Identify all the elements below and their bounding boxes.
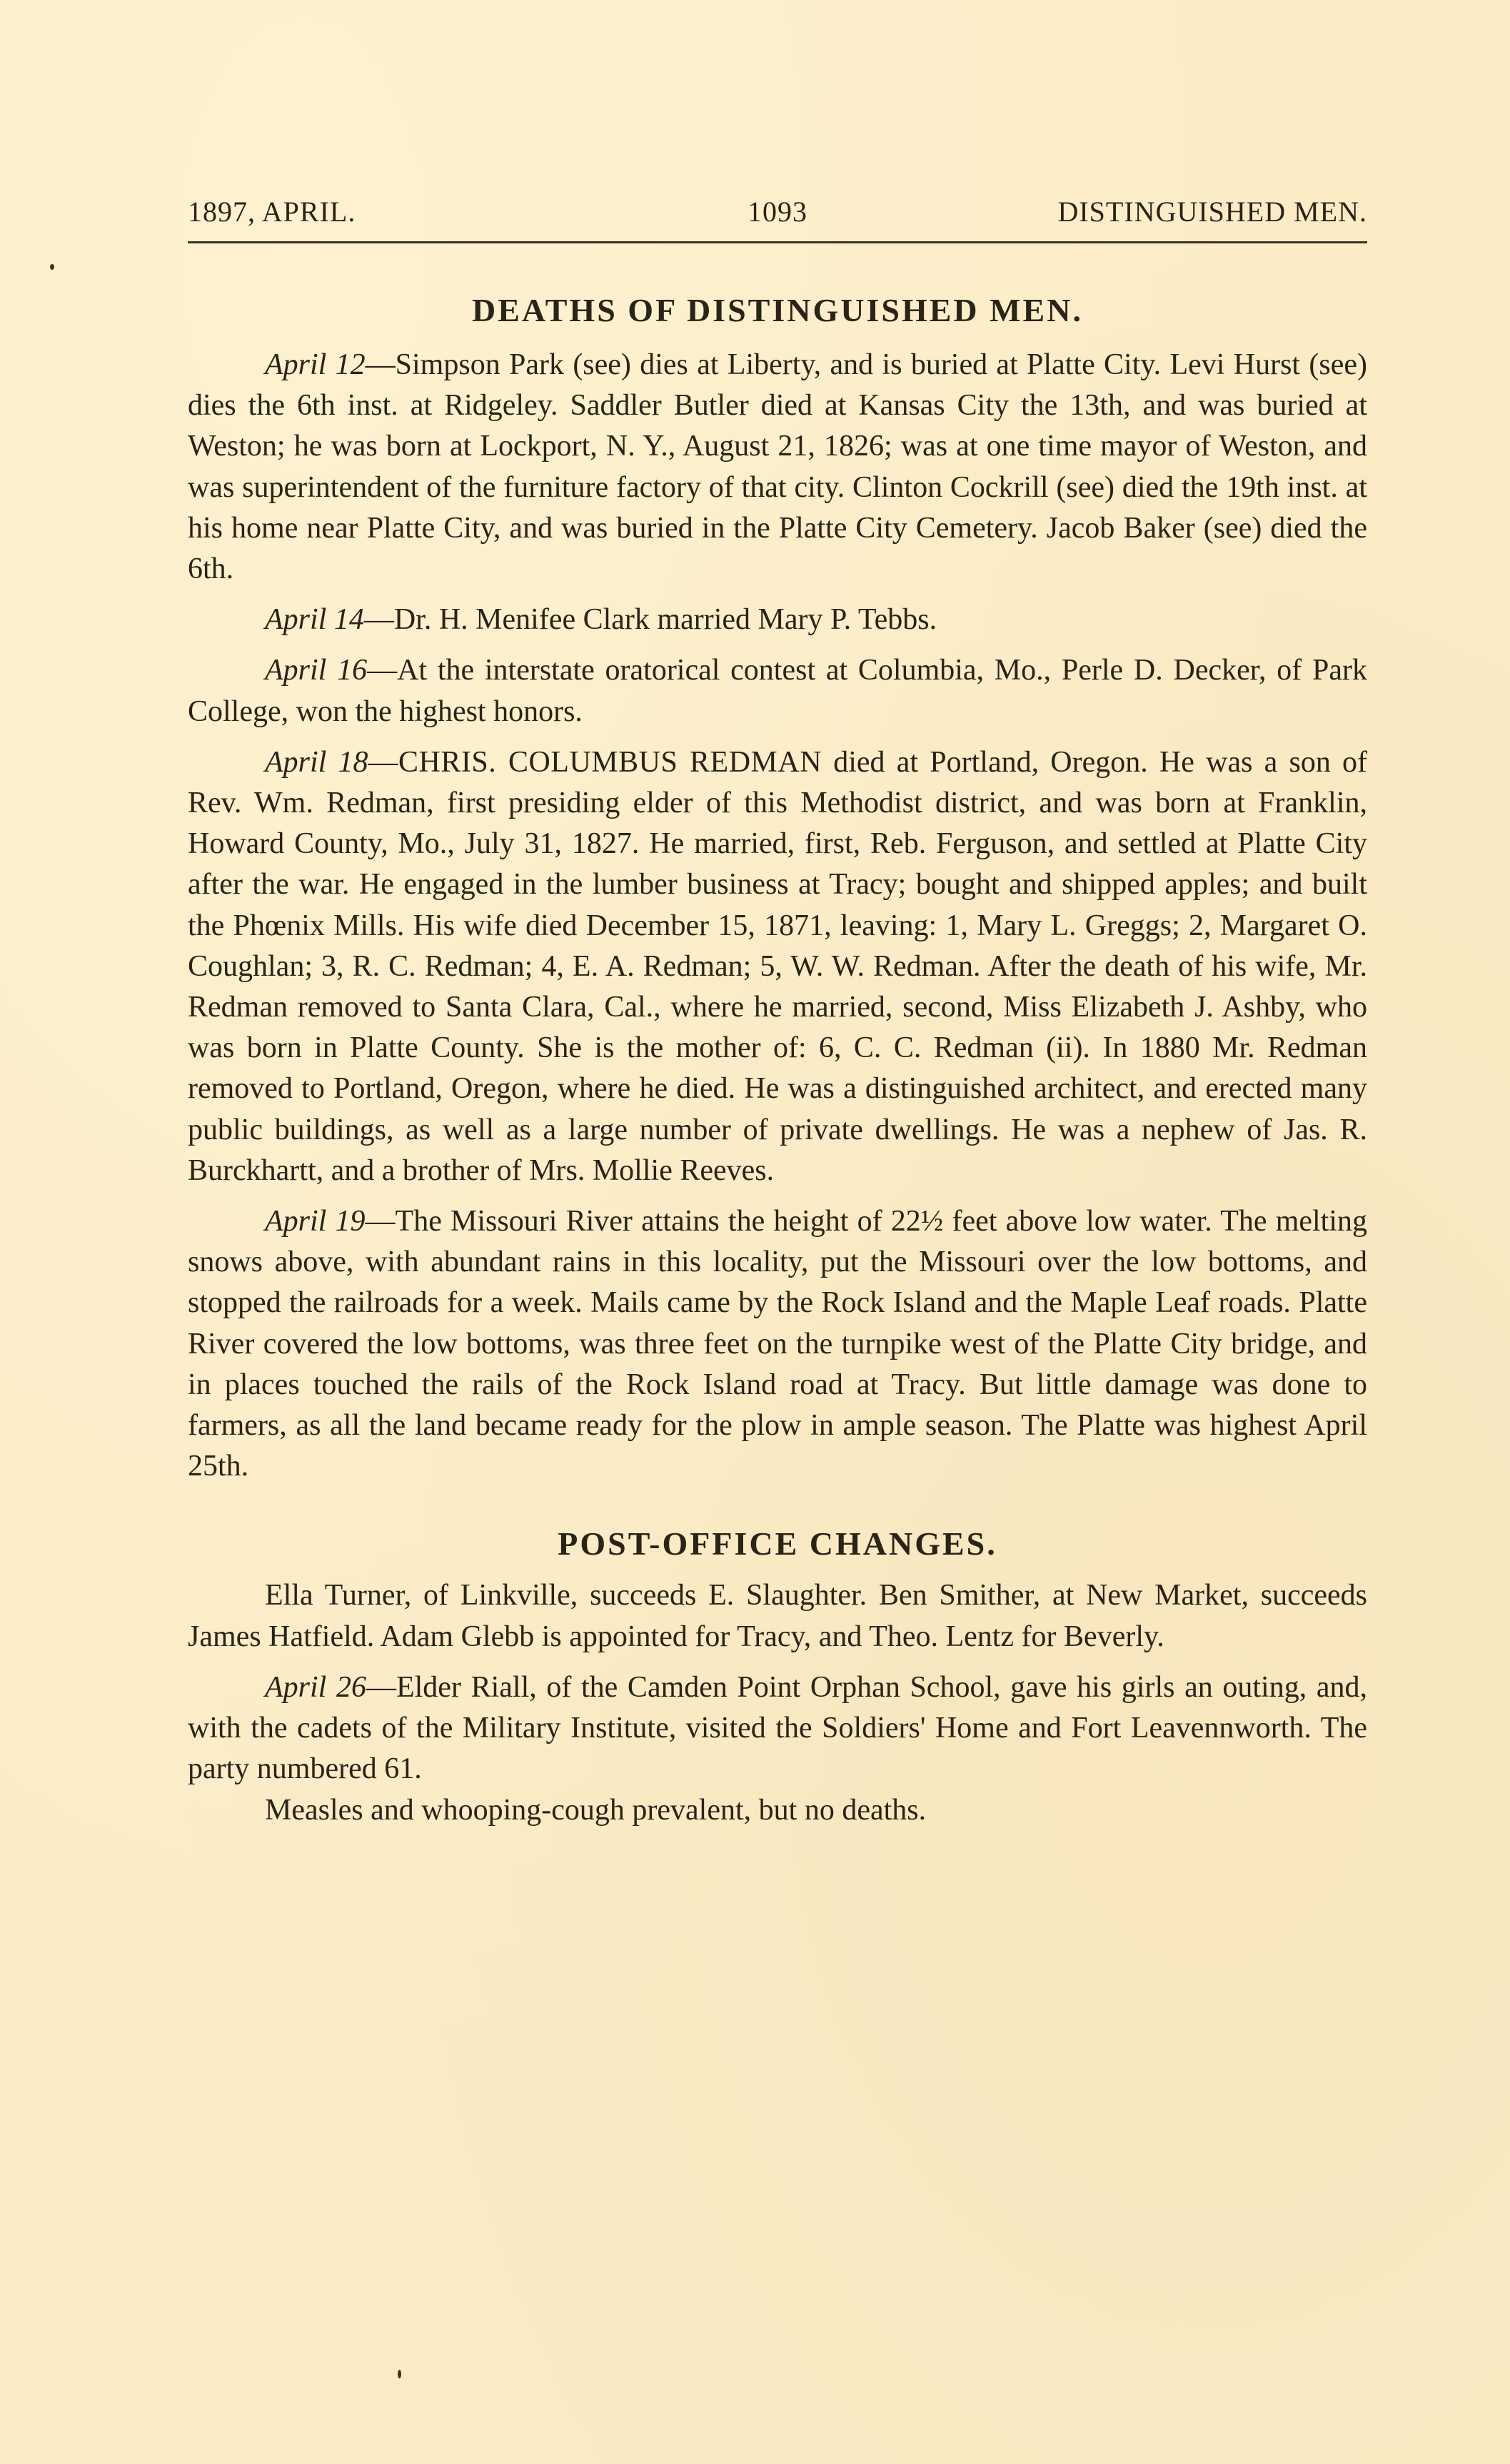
running-head-title: DISTINGUISHED MEN.	[1057, 191, 1367, 233]
book-page: 1897, APRIL. 1093 DISTINGUISHED MEN. DEA…	[188, 191, 1367, 1831]
entry-date: April 14	[265, 603, 364, 636]
entry-text: Measles and whooping-cough prevalent, bu…	[265, 1794, 926, 1827]
entry-date: April 12	[265, 348, 366, 381]
entry-measles: Measles and whooping-cough prevalent, bu…	[188, 1790, 1367, 1831]
running-head: 1897, APRIL. 1093 DISTINGUISHED MEN.	[188, 191, 1367, 233]
print-speck	[50, 264, 54, 270]
entry-post-office-changes: Ella Turner, of Linkville, succeeds E. S…	[188, 1575, 1367, 1657]
entry-april-18: April 18—CHRIS. COLUMBUS REDMAN died at …	[188, 742, 1367, 1191]
entry-date: April 26	[265, 1671, 366, 1704]
entry-text: —Dr. H. Menifee Clark married Mary P. Te…	[364, 603, 937, 636]
entry-text: —Simpson Park (see) dies at Liberty, and…	[188, 348, 1367, 585]
entry-text: —The Missouri River attains the height o…	[188, 1205, 1367, 1483]
entry-subject-name: —CHRIS. COLUMBUS REDMAN	[368, 746, 822, 779]
running-head-date: 1897, APRIL.	[188, 191, 356, 233]
section-deaths: DEATHS OF DISTINGUISHED MEN. April 12—Si…	[188, 291, 1367, 1487]
entry-text: Ella Turner, of Linkville, succeeds E. S…	[188, 1579, 1367, 1652]
entry-date: April 18	[265, 746, 368, 779]
entry-text: died at Portland, Oregon. He was a son o…	[188, 746, 1367, 1187]
print-speck	[398, 2370, 401, 2378]
entry-date: April 19	[265, 1205, 366, 1238]
entry-april-26: April 26—Elder Riall, of the Camden Poin…	[188, 1667, 1367, 1790]
entry-april-16: April 16—At the interstate oratorical co…	[188, 650, 1367, 732]
entry-april-12: April 12—Simpson Park (see) dies at Libe…	[188, 345, 1367, 590]
section-title: POST-OFFICE CHANGES.	[188, 1524, 1367, 1564]
entry-date: April 16	[265, 654, 367, 687]
header-rule	[188, 241, 1367, 243]
section-title: DEATHS OF DISTINGUISHED MEN.	[188, 291, 1367, 330]
section-post-office: POST-OFFICE CHANGES. Ella Turner, of Lin…	[188, 1524, 1367, 1830]
entry-april-14: April 14—Dr. H. Menifee Clark married Ma…	[188, 600, 1367, 640]
entry-april-19: April 19—The Missouri River attains the …	[188, 1201, 1367, 1487]
